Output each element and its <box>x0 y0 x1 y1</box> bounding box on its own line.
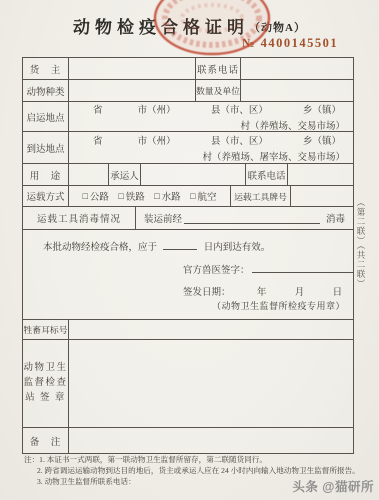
destination-label: 到达地点 <box>23 132 69 163</box>
red-oval-stamp-icon <box>150 0 274 62</box>
station-label-line2: 监督检查 <box>23 376 67 391</box>
option-road-label: 公路 <box>90 189 109 203</box>
disinfect-pre-text: 装运前经 <box>144 211 182 225</box>
purpose-value-field <box>69 164 109 185</box>
option-water: □水路 <box>154 189 180 203</box>
ear-tag-field <box>69 320 353 339</box>
destination-unit-province: 省 <box>93 133 103 147</box>
signature-block: 本批动物经检疫合格，应于 日内到达有效。 官方兽医签字： 签发日期： 年 月 日… <box>23 230 353 319</box>
origin-label: 启运地点 <box>23 102 69 131</box>
option-rail-label: 铁路 <box>126 189 145 203</box>
row-station-seal: 动物卫生 监督检查 站 签 章 <box>23 340 353 428</box>
disinfect-label: 运载工具消毒情况 <box>23 207 136 229</box>
option-rail: □铁路 <box>118 189 144 203</box>
vehicle-plate-label: 运载工具牌号 <box>231 186 291 206</box>
ear-tag-label: 牲畜耳标号 <box>23 320 69 339</box>
origin-place-field: 省 市（州） 县（市、区） 乡（镇） 村（养殖场、交易市场） <box>69 102 353 131</box>
remarks-label: 备 注 <box>23 428 69 453</box>
row-destination: 到达地点 省 市（州） 县（市、区） 乡（镇） 村（养殖场、屠宰场、交易市场） <box>23 132 353 164</box>
destination-unit-city: 市（州） <box>138 133 176 147</box>
seal-note: （动物卫生监督所检疫专用章） <box>212 299 345 312</box>
origin-unit-town: 乡（镇） <box>303 102 341 116</box>
year-label: 年 <box>257 284 267 298</box>
checkbox-icon: □ <box>190 191 195 201</box>
transport-label: 运载方式 <box>23 186 69 206</box>
transport-options: □公路 □铁路 □水路 □航空 <box>69 186 231 206</box>
purpose-label: 用 途 <box>23 164 69 185</box>
station-seal-field <box>69 340 353 427</box>
species-value-field <box>69 80 196 101</box>
copy-number-vertical-note: （第二联）（共二联） <box>355 198 367 318</box>
issue-date-line: 签发日期： 年 月 日 <box>183 284 342 298</box>
quantity-value-field <box>241 80 353 101</box>
row-origin: 启运地点 省 市（州） 县（市、区） 乡（镇） 村（养殖场、交易市场） <box>23 102 353 132</box>
vet-sign-line: 官方兽医签字： <box>183 262 353 276</box>
row-remarks: 备 注 <box>23 428 353 453</box>
option-air: □航空 <box>190 189 216 203</box>
disinfect-post-text: 消毒 <box>326 211 345 225</box>
row-purpose: 用 途 承运人 联系电话 <box>23 164 353 186</box>
vet-sign-blank <box>252 262 353 273</box>
validity-line: 本批动物经检疫合格，应于 日内到达有效。 <box>43 239 270 253</box>
row-signature: 本批动物经检疫合格，应于 日内到达有效。 官方兽医签字： 签发日期： 年 月 日… <box>23 230 353 320</box>
destination-unit-county: 县（市、区） <box>211 133 268 147</box>
origin-village-line: 村（养殖场、交易市场） <box>69 118 353 132</box>
station-seal-label: 动物卫生 监督检查 站 签 章 <box>23 340 69 427</box>
option-road: □公路 <box>82 189 108 203</box>
day-label: 日 <box>333 284 343 298</box>
month-label: 月 <box>295 284 305 298</box>
validity-pre-text: 本批动物经检疫合格，应于 <box>43 243 157 253</box>
origin-unit-county: 县（市、区） <box>211 102 268 116</box>
checkbox-icon: □ <box>82 191 87 201</box>
option-water-label: 水路 <box>162 189 181 203</box>
owner-label: 货 主 <box>23 58 69 79</box>
certificate-page: 动物检疫合格证明（动物A） № 4400145501 货 主 联系电话 动物种类… <box>0 0 379 500</box>
origin-unit-province: 省 <box>93 102 103 116</box>
disinfect-blank-line <box>184 213 320 224</box>
row-species: 动物种类 数量及单位 <box>23 80 353 102</box>
carrier-value-field <box>141 164 246 185</box>
station-label-line3: 站 签 章 <box>25 391 66 406</box>
watermark-text: 头条 @猫研所 <box>292 477 374 495</box>
species-label: 动物种类 <box>23 80 69 101</box>
row-transport: 运载方式 □公路 □铁路 □水路 □航空 运载工具牌号 <box>23 186 353 207</box>
origin-units: 省 市（州） 县（市、区） 乡（镇） <box>69 102 353 118</box>
vet-sign-label: 官方兽医签字： <box>183 266 250 276</box>
destination-village-line: 村（养殖场、屠宰场、交易市场） <box>69 149 353 163</box>
option-air-label: 航空 <box>198 189 217 203</box>
issue-date-label: 签发日期： <box>183 288 231 298</box>
disinfect-field: 装运前经 消毒 <box>136 207 353 229</box>
destination-place-field: 省 市（州） 县（市、区） 乡（镇） 村（养殖场、屠宰场、交易市场） <box>69 132 353 163</box>
checkbox-icon: □ <box>118 191 123 201</box>
carrier-label: 承运人 <box>109 164 141 185</box>
origin-unit-city: 市（州） <box>138 102 176 116</box>
row-ear-tag: 牲畜耳标号 <box>23 320 353 340</box>
validity-post-text: 日内到达有效。 <box>204 243 271 253</box>
note-line-1: 注：1. 本证书一式两联，第一联动物卫生监督所留存，第二联随货同行。 <box>24 454 360 465</box>
certificate-table: 货 主 联系电话 动物种类 数量及单位 启运地点 省 市（州） 县（市、区） 乡… <box>22 57 354 454</box>
validity-days-blank <box>163 239 197 250</box>
station-label-line1: 动物卫生 <box>23 361 67 376</box>
quantity-label: 数量及单位 <box>196 80 241 101</box>
destination-units: 省 市（州） 县（市、区） 乡（镇） <box>69 133 353 149</box>
remarks-field <box>69 428 353 453</box>
checkbox-icon: □ <box>154 191 159 201</box>
vehicle-plate-field <box>291 186 353 206</box>
note-line-2: 2. 跨省调运运输动物到达目的地后，货主或承运人应在 24 小时内向输入地动物卫… <box>37 465 360 476</box>
destination-unit-town: 乡（镇） <box>303 133 341 147</box>
purpose-contact-label: 联系电话 <box>246 164 288 185</box>
purpose-contact-field <box>288 164 353 185</box>
row-disinfect: 运载工具消毒情况 装运前经 消毒 <box>23 207 353 230</box>
